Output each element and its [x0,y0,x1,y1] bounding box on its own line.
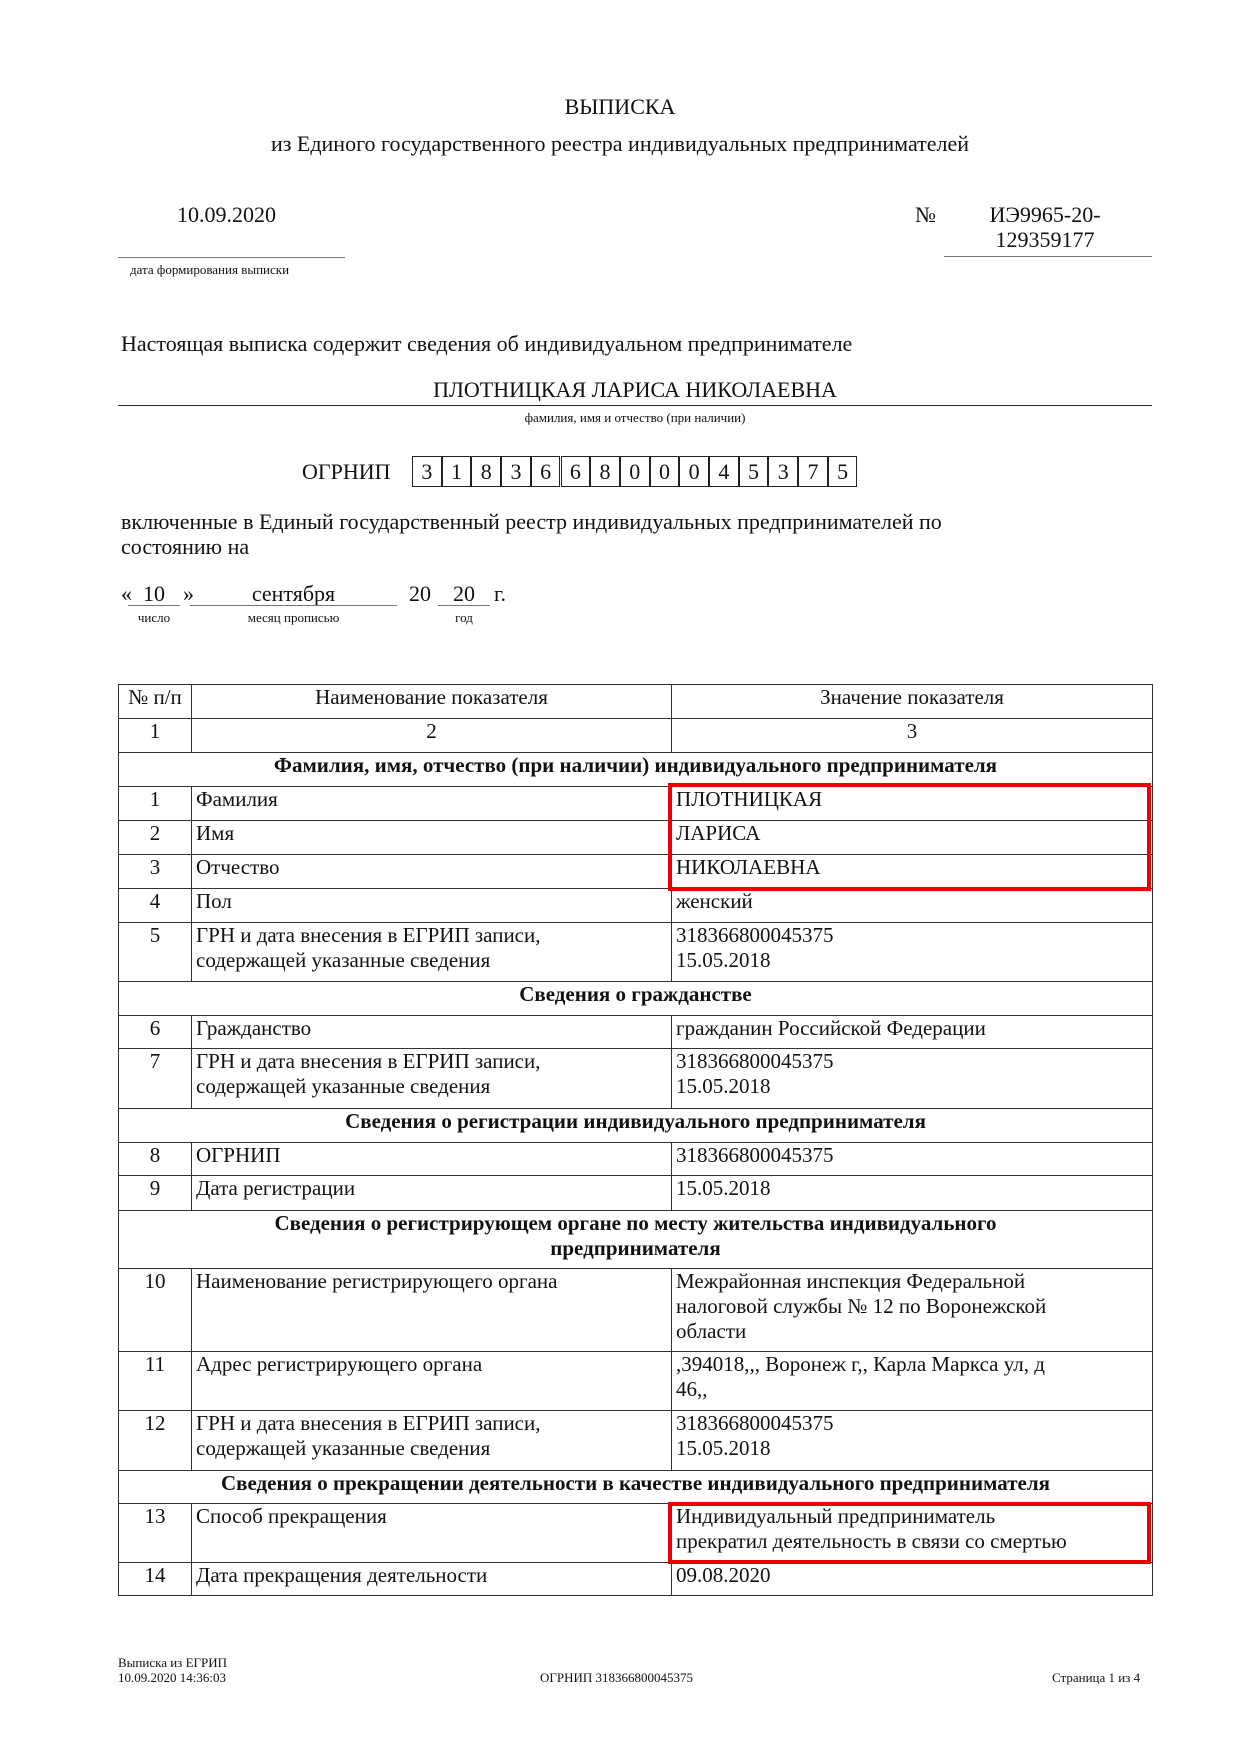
value-line: прекратил деятельность в связи со смерть… [676,1529,1148,1554]
row-number: 2 [119,821,192,855]
ogrnip-digit: 0 [650,456,680,487]
table-row: 8 ОГРНИП 318366800045375 [119,1143,1153,1176]
section-title-line: предпринимателя [123,1236,1148,1261]
register-table: № п/п Наименование показателя Значение п… [118,684,1153,1596]
ogrnip-digit: 7 [798,456,828,487]
section-header: Сведения о регистрации индивидуального п… [119,1109,1153,1143]
value-line: 318366800045375 [676,1411,1148,1436]
ogrnip-digit: 8 [590,456,620,487]
row-value: 318366800045375 [672,1143,1153,1176]
included-text: включенные в Единый государственный реес… [121,509,942,559]
included-text-line1: включенные в Единый государственный реес… [121,509,942,534]
row-indicator: Имя [192,821,672,855]
row-number: 12 [119,1411,192,1471]
row-value: гражданин Российской Федерации [672,1016,1153,1049]
year-caption: год [438,610,490,626]
header-indicator: Наименование показателя [192,685,672,719]
section-header: Сведения о гражданстве [119,982,1153,1016]
extract-date-caption: дата формирования выписки [130,262,289,278]
section-header: Фамилия, имя, отчество (при наличии) инд… [119,753,1153,787]
indicator-line: ГРН и дата внесения в ЕГРИП записи, [196,1049,667,1074]
section-title: Сведения о гражданстве [119,982,1153,1016]
row-value: 31836680004537515.05.2018 [672,1049,1153,1109]
row-indicator: ГРН и дата внесения в ЕГРИП записи,содер… [192,923,672,982]
row-indicator: Гражданство [192,1016,672,1049]
row-indicator: Адрес регистрирующего органа [192,1352,672,1411]
year-suffix: г. [494,581,506,607]
document-title: ВЫПИСКА [0,94,1240,120]
year-underline [438,605,490,606]
ogrnip-digit: 3 [501,456,531,487]
day-underline [128,605,180,606]
row-number: 3 [119,855,192,889]
table-row: 4 Пол женский [119,889,1153,923]
included-text-line2: состоянию на [121,534,942,559]
intro-text: Настоящая выписка содержит сведения об и… [121,331,852,357]
table-row: 9 Дата регистрации 15.05.2018 [119,1176,1153,1211]
column-number: 2 [192,719,672,753]
row-number: 14 [119,1563,192,1596]
section-title: Фамилия, имя, отчество (при наличии) инд… [119,753,1153,787]
footer-timestamp: 10.09.2020 14:36:03 [118,1670,227,1685]
row-number: 1 [119,787,192,821]
ogrnip-digit: 5 [828,456,858,487]
ogrnip-digit: 3 [412,456,442,487]
ogrnip-label: ОГРНИП [302,459,391,485]
row-value: НИКОЛАЕВНА [672,855,1153,889]
table-row: 14 Дата прекращения деятельности 09.08.2… [119,1563,1153,1596]
row-value: женский [672,889,1153,923]
indicator-line: содержащей указанные сведения [196,1436,667,1461]
as-of-century: 20 [409,581,431,607]
extract-date: 10.09.2020 [177,202,276,228]
indicator-line: содержащей указанные сведения [196,1074,667,1099]
day-caption: число [128,610,180,626]
month-underline [190,605,397,606]
section-title: Сведения о регистрации индивидуального п… [119,1109,1153,1143]
value-line: Межрайонная инспекция Федеральной [676,1269,1148,1294]
section-title: Сведения о прекращении деятельности в ка… [119,1471,1153,1504]
table-row: 13 Способ прекращения Индивидуальный пре… [119,1504,1153,1563]
ogrnip-digit: 1 [442,456,472,487]
value-line: области [676,1319,1148,1344]
row-number: 5 [119,923,192,982]
full-name-underline [118,405,1152,406]
full-name-caption: фамилия, имя и отчество (при наличии) [118,410,1152,426]
row-value: 15.05.2018 [672,1176,1153,1211]
ogrnip-digit: 4 [709,456,739,487]
section-header: Сведения о прекращении деятельности в ка… [119,1471,1153,1504]
row-number: 10 [119,1269,192,1352]
table-row: 1 Фамилия ПЛОТНИЦКАЯ [119,787,1153,821]
document-subtitle: из Единого государственного реестра инди… [0,131,1240,157]
indicator-line: ГРН и дата внесения в ЕГРИП записи, [196,1411,667,1436]
row-number: 4 [119,889,192,923]
row-value: 31836680004537515.05.2018 [672,1411,1153,1471]
table-row: 12 ГРН и дата внесения в ЕГРИП записи,со… [119,1411,1153,1471]
footer-page-number: Страница 1 из 4 [1052,1670,1140,1685]
footer-left: Выписка из ЕГРИП 10.09.2020 14:36:03 [118,1655,227,1685]
ogrnip-digit: 6 [561,456,591,487]
ogrnip-digit: 3 [768,456,798,487]
row-indicator: ГРН и дата внесения в ЕГРИП записи,содер… [192,1411,672,1471]
header-number: № п/п [119,685,192,719]
value-line: 318366800045375 [676,923,1148,948]
entrepreneur-full-name: ПЛОТНИЦКАЯ ЛАРИСА НИКОЛАЕВНА [118,377,1152,403]
ogrnip-digit: 0 [620,456,650,487]
row-number: 8 [119,1143,192,1176]
row-value: ,394018,,, Воронеж г,, Карла Маркса ул, … [672,1352,1153,1411]
row-value: Индивидуальный предпринимательпрекратил … [672,1504,1153,1563]
row-indicator: ОГРНИП [192,1143,672,1176]
extract-number-underline [944,256,1152,257]
ogrnip-digit: 6 [531,456,561,487]
column-number: 3 [672,719,1153,753]
month-caption: месяц прописью [190,610,397,626]
extract-number-line1: ИЭ9965-20- [985,202,1105,227]
row-number: 6 [119,1016,192,1049]
indicator-line: ГРН и дата внесения в ЕГРИП записи, [196,923,667,948]
row-indicator: Фамилия [192,787,672,821]
header-value: Значение показателя [672,685,1153,719]
row-value: 09.08.2020 [672,1563,1153,1596]
footer-ogrnip: ОГРНИП 318366800045375 [540,1670,693,1685]
value-line: 15.05.2018 [676,1074,1148,1099]
row-number: 13 [119,1504,192,1563]
row-number: 9 [119,1176,192,1211]
value-line: 46,, [676,1377,1148,1402]
table-column-numbers-row: 1 2 3 [119,719,1153,753]
row-indicator: ГРН и дата внесения в ЕГРИП записи,содер… [192,1049,672,1109]
extract-number: ИЭ9965-20- 129359177 [985,202,1105,252]
row-value: ЛАРИСА [672,821,1153,855]
ogrnip-digit: 5 [739,456,769,487]
extract-number-line2: 129359177 [985,227,1105,252]
table-row: 10 Наименование регистрирующего органа М… [119,1269,1153,1352]
value-line: налоговой службы № 12 по Воронежской [676,1294,1148,1319]
value-line: 15.05.2018 [676,1436,1148,1461]
row-number: 7 [119,1049,192,1109]
row-indicator: Отчество [192,855,672,889]
value-line: 15.05.2018 [676,948,1148,973]
row-indicator: Способ прекращения [192,1504,672,1563]
ogrnip-digit: 0 [679,456,709,487]
row-value: Межрайонная инспекция Федеральнойналогов… [672,1269,1153,1352]
table-row: 6 Гражданство гражданин Российской Федер… [119,1016,1153,1049]
as-of-year: 20 [438,581,490,607]
table-row: 11 Адрес регистрирующего органа ,394018,… [119,1352,1153,1411]
row-indicator: Наименование регистрирующего органа [192,1269,672,1352]
indicator-line: содержащей указанные сведения [196,948,667,973]
ogrnip-digit: 8 [471,456,501,487]
as-of-month: сентября [190,581,397,607]
value-line: 318366800045375 [676,1049,1148,1074]
column-number: 1 [119,719,192,753]
value-line: Индивидуальный предприниматель [676,1504,1148,1529]
footer-doc-label: Выписка из ЕГРИП [118,1655,227,1670]
row-indicator: Дата прекращения деятельности [192,1563,672,1596]
table-header-row: № п/п Наименование показателя Значение п… [119,685,1153,719]
section-title-line: Сведения о регистрирующем органе по мест… [123,1211,1148,1236]
value-line: ,394018,,, Воронеж г,, Карла Маркса ул, … [676,1352,1148,1377]
table-row: 3 Отчество НИКОЛАЕВНА [119,855,1153,889]
number-sign: № [915,202,936,228]
section-header: Сведения о регистрирующем органе по мест… [119,1211,1153,1269]
section-title: Сведения о регистрирующем органе по мест… [119,1211,1153,1269]
extract-date-underline [118,257,345,258]
row-indicator: Дата регистрации [192,1176,672,1211]
row-indicator: Пол [192,889,672,923]
row-value: ПЛОТНИЦКАЯ [672,787,1153,821]
row-value: 31836680004537515.05.2018 [672,923,1153,982]
row-number: 11 [119,1352,192,1411]
as-of-day: 10 [128,581,180,607]
table-row: 7 ГРН и дата внесения в ЕГРИП записи,сод… [119,1049,1153,1109]
table-row: 2 Имя ЛАРИСА [119,821,1153,855]
table-row: 5 ГРН и дата внесения в ЕГРИП записи,сод… [119,923,1153,982]
